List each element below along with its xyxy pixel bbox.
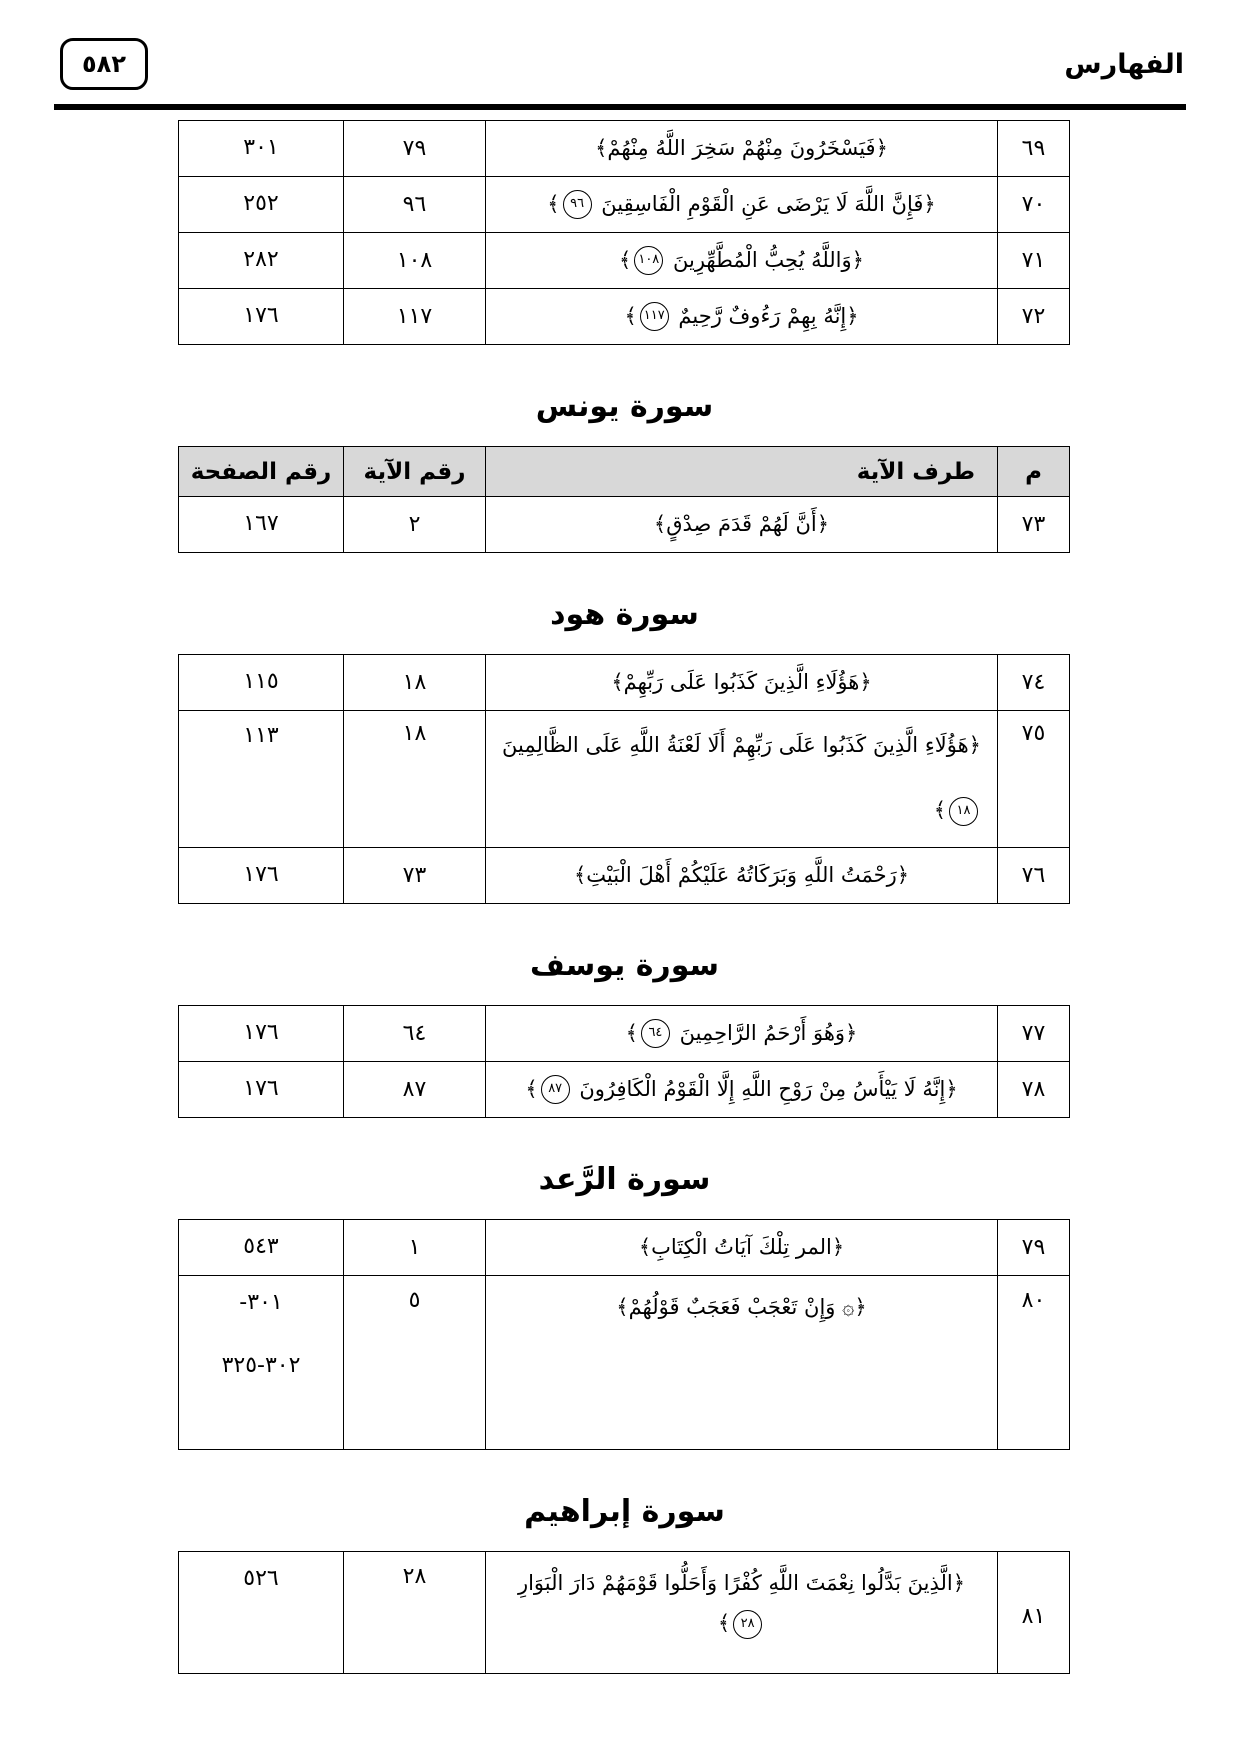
verse-number-cell: ١٨ bbox=[344, 711, 486, 848]
serial-cell: ٧١ bbox=[998, 233, 1070, 289]
verse-text: ﴾ bbox=[934, 798, 946, 822]
serial-cell: ٦٩ bbox=[998, 121, 1070, 177]
page-number-cell: ١٧٦ bbox=[179, 289, 344, 345]
page-line: ١١٥ bbox=[185, 667, 337, 698]
verse-text: ﴿المر تِلْكَ آيَاتُ الْكِتَابِ﴾ bbox=[639, 1235, 844, 1259]
page-title: الفهارس bbox=[1064, 49, 1184, 80]
ayah-number-mark: ٨٧ bbox=[541, 1075, 570, 1104]
page-line: ٢٥٢ bbox=[185, 189, 337, 220]
page-number-cell: ١٧٦ bbox=[179, 1006, 344, 1062]
page-number-cell: ١٦٧ bbox=[179, 497, 344, 553]
serial-cell: ٧٩ bbox=[998, 1220, 1070, 1276]
serial-cell: ٧٤ bbox=[998, 655, 1070, 711]
table-row: ٧٤﴿هَؤُلَاءِ الَّذِينَ كَذَبُوا عَلَى رَ… bbox=[179, 655, 1070, 711]
page: الفهارس ٥٨٢ ٦٩﴿فَيَسْخَرُونَ مِنْهُمْ سَ… bbox=[0, 0, 1240, 1674]
table-row: ٧٨﴿إِنَّهُ لَا يَيْأَسُ مِنْ رَوْحِ اللَ… bbox=[179, 1062, 1070, 1118]
column-header-verse-number: رقم الآية bbox=[344, 447, 486, 497]
verse-number-cell: ٩٦ bbox=[344, 177, 486, 233]
page-number: ٥٨٢ bbox=[82, 50, 126, 78]
ayah-number-mark: ١١٧ bbox=[640, 302, 669, 331]
column-header-verse: طرف الآية bbox=[486, 447, 998, 497]
page-line: ٥٢٦ bbox=[185, 1564, 337, 1595]
table-row: ٧٦﴿رَحْمَتُ اللَّهِ وَبَرَكَاتُهُ عَلَيْ… bbox=[179, 848, 1070, 904]
page-number-cell: ١١٥ bbox=[179, 655, 344, 711]
verse-text: ﴿هَؤُلَاءِ الَّذِينَ كَذَبُوا عَلَى رَبِ… bbox=[502, 733, 981, 757]
verse-cell: ﴿هَؤُلَاءِ الَّذِينَ كَذَبُوا عَلَى رَبِ… bbox=[486, 655, 998, 711]
verse-number-cell: ١٨ bbox=[344, 655, 486, 711]
verse-text: ﴿إِنَّهُ بِهِمْ رَءُوفٌ رَّحِيمٌ bbox=[672, 304, 859, 328]
verse-number-cell: ٢٨ bbox=[344, 1552, 486, 1674]
verse-cell: ﴿فَيَسْخَرُونَ مِنْهُمْ سَخِرَ اللَّهُ م… bbox=[486, 121, 998, 177]
verse-text: ﴿أَنَّ لَهُمْ قَدَمَ صِدْقٍ﴾ bbox=[654, 512, 829, 536]
page-line: ١٧٦ bbox=[185, 860, 337, 891]
page-line: ١٧٦ bbox=[185, 1018, 337, 1049]
verse-text: ﴿الَّذِينَ بَدَّلُوا نِعْمَتَ اللَّهِ كُ… bbox=[518, 1571, 965, 1595]
page-header: الفهارس ٥٨٢ bbox=[54, 34, 1186, 90]
page-number-cell: ٥٢٦ bbox=[179, 1552, 344, 1674]
page-number-cell: ٣٠١-٣٠٢-٣٢٥ bbox=[179, 1276, 344, 1450]
serial-cell: ٧٥ bbox=[998, 711, 1070, 848]
verse-text: ﴾ bbox=[547, 192, 559, 216]
verse-number-cell: ١٠٨ bbox=[344, 233, 486, 289]
verse-cell: ﴿فَإِنَّ اللَّهَ لَا يَرْضَى عَنِ الْقَو… bbox=[486, 177, 998, 233]
index-table: ٨١﴿الَّذِينَ بَدَّلُوا نِعْمَتَ اللَّهِ … bbox=[178, 1551, 1070, 1674]
verse-cell: ﴿هَؤُلَاءِ الَّذِينَ كَذَبُوا عَلَى رَبِ… bbox=[486, 711, 998, 848]
section-title: سورة الرَّعد bbox=[179, 1162, 1070, 1197]
ayah-number-mark: ٩٦ bbox=[563, 190, 592, 219]
page-number-cell: ١٧٦ bbox=[179, 848, 344, 904]
page-number-box: ٥٨٢ bbox=[60, 38, 148, 90]
ayah-number-mark: ٢٨ bbox=[733, 1610, 762, 1639]
verse-number-cell: ٧٩ bbox=[344, 121, 486, 177]
verse-text: ﴿وَهُوَ أَرْحَمُ الرَّاحِمِينَ bbox=[673, 1021, 857, 1045]
serial-cell: ٧٨ bbox=[998, 1062, 1070, 1118]
verse-cell: ﴿إِنَّهُ لَا يَيْأَسُ مِنْ رَوْحِ اللَّه… bbox=[486, 1062, 998, 1118]
page-number-cell: ٢٥٢ bbox=[179, 177, 344, 233]
page-line: ٢٨٢ bbox=[185, 245, 337, 276]
verse-text: ﴿وَاللَّهُ يُحِبُّ الْمُطَّهِّرِينَ bbox=[666, 248, 864, 272]
table-header-row: مطرف الآيةرقم الآيةرقم الصفحة bbox=[179, 447, 1070, 497]
verse-cell: ﴿وَهُوَ أَرْحَمُ الرَّاحِمِينَ ٦٤﴾ bbox=[486, 1006, 998, 1062]
table-row: ٧١﴿وَاللَّهُ يُحِبُّ الْمُطَّهِّرِينَ ١٠… bbox=[179, 233, 1070, 289]
verse-cell: ﴿الَّذِينَ بَدَّلُوا نِعْمَتَ اللَّهِ كُ… bbox=[486, 1552, 998, 1674]
section-title: سورة يونس bbox=[179, 389, 1070, 424]
serial-cell: ٧٣ bbox=[998, 497, 1070, 553]
section-title: سورة هود bbox=[179, 597, 1070, 632]
verse-number-cell: ٦٤ bbox=[344, 1006, 486, 1062]
ayah-number-mark: ٦٤ bbox=[641, 1019, 670, 1048]
verse-cell: ﴿المر تِلْكَ آيَاتُ الْكِتَابِ﴾ bbox=[486, 1220, 998, 1276]
table-row: ٧٠﴿فَإِنَّ اللَّهَ لَا يَرْضَى عَنِ الْق… bbox=[179, 177, 1070, 233]
page-line: ١٧٦ bbox=[185, 301, 337, 332]
table-row: ٨١﴿الَّذِينَ بَدَّلُوا نِعْمَتَ اللَّهِ … bbox=[179, 1552, 1070, 1674]
serial-cell: ٧٢ bbox=[998, 289, 1070, 345]
page-line: ٣٠١ bbox=[185, 133, 337, 164]
table-row: ٦٩﴿فَيَسْخَرُونَ مِنْهُمْ سَخِرَ اللَّهُ… bbox=[179, 121, 1070, 177]
verse-number-cell: ٥ bbox=[344, 1276, 486, 1450]
verse-text: ﴿إِنَّهُ لَا يَيْأَسُ مِنْ رَوْحِ اللَّه… bbox=[573, 1077, 958, 1101]
page-number-cell: ١١٣ bbox=[179, 711, 344, 848]
verse-number-cell: ١ bbox=[344, 1220, 486, 1276]
verse-number-cell: ٧٣ bbox=[344, 848, 486, 904]
index-sections: ٦٩﴿فَيَسْخَرُونَ مِنْهُمْ سَخِرَ اللَّهُ… bbox=[179, 120, 1070, 1674]
column-header-page-number: رقم الصفحة bbox=[179, 447, 344, 497]
page-number-cell: ٥٤٣ bbox=[179, 1220, 344, 1276]
verse-cell: ﴿رَحْمَتُ اللَّهِ وَبَرَكَاتُهُ عَلَيْكُ… bbox=[486, 848, 998, 904]
verse-text: ﴿۞ وَإِنْ تَعْجَبْ فَعَجَبٌ قَوْلُهُمْ﴾ bbox=[616, 1295, 866, 1319]
page-line: ١١٣ bbox=[185, 721, 337, 752]
page-line: ٥٤٣ bbox=[185, 1232, 337, 1263]
table-row: ٧٩﴿المر تِلْكَ آيَاتُ الْكِتَابِ﴾١٥٤٣ bbox=[179, 1220, 1070, 1276]
page-line: ١٧٦ bbox=[185, 1074, 337, 1105]
table-row: ٨٠﴿۞ وَإِنْ تَعْجَبْ فَعَجَبٌ قَوْلُهُمْ… bbox=[179, 1276, 1070, 1450]
serial-cell: ٧٦ bbox=[998, 848, 1070, 904]
section-title: سورة إبراهيم bbox=[179, 1494, 1070, 1529]
index-table: ٧٩﴿المر تِلْكَ آيَاتُ الْكِتَابِ﴾١٥٤٣٨٠﴿… bbox=[178, 1219, 1070, 1450]
table-row: ٧٥﴿هَؤُلَاءِ الَّذِينَ كَذَبُوا عَلَى رَ… bbox=[179, 711, 1070, 848]
serial-cell: ٧٠ bbox=[998, 177, 1070, 233]
page-number-cell: ٣٠١ bbox=[179, 121, 344, 177]
verse-text: ﴿رَحْمَتُ اللَّهِ وَبَرَكَاتُهُ عَلَيْكُ… bbox=[574, 863, 909, 887]
verse-text: ﴾ bbox=[624, 304, 636, 328]
verse-cell: ﴿إِنَّهُ بِهِمْ رَءُوفٌ رَّحِيمٌ ١١٧﴾ bbox=[486, 289, 998, 345]
column-header-serial: م bbox=[998, 447, 1070, 497]
verse-text: ﴾ bbox=[626, 1021, 638, 1045]
header-divider bbox=[54, 104, 1186, 110]
index-table: ٦٩﴿فَيَسْخَرُونَ مِنْهُمْ سَخِرَ اللَّهُ… bbox=[178, 120, 1070, 345]
page-number-cell: ٢٨٢ bbox=[179, 233, 344, 289]
verse-text: ﴿هَؤُلَاءِ الَّذِينَ كَذَبُوا عَلَى رَبِ… bbox=[611, 670, 871, 694]
index-table: مطرف الآيةرقم الآيةرقم الصفحة٧٣﴿أَنَّ لَ… bbox=[178, 446, 1070, 553]
table-row: ٧٣﴿أَنَّ لَهُمْ قَدَمَ صِدْقٍ﴾٢١٦٧ bbox=[179, 497, 1070, 553]
serial-cell: ٨١ bbox=[998, 1552, 1070, 1674]
verse-text: ﴾ bbox=[619, 248, 631, 272]
serial-cell: ٨٠ bbox=[998, 1276, 1070, 1450]
index-table: ٧٤﴿هَؤُلَاءِ الَّذِينَ كَذَبُوا عَلَى رَ… bbox=[178, 654, 1070, 904]
table-row: ٧٢﴿إِنَّهُ بِهِمْ رَءُوفٌ رَّحِيمٌ ١١٧﴾١… bbox=[179, 289, 1070, 345]
verse-text: ﴿فَيَسْخَرُونَ مِنْهُمْ سَخِرَ اللَّهُ م… bbox=[595, 136, 888, 160]
verse-cell: ﴿وَاللَّهُ يُحِبُّ الْمُطَّهِّرِينَ ١٠٨﴾ bbox=[486, 233, 998, 289]
section-title: سورة يوسف bbox=[179, 948, 1070, 983]
ayah-number-mark: ١٨ bbox=[949, 797, 978, 826]
page-line: ٣٠٢-٣٢٥ bbox=[185, 1351, 337, 1382]
verse-number-cell: ١١٧ bbox=[344, 289, 486, 345]
verse-number-cell: ٢ bbox=[344, 497, 486, 553]
table-row: ٧٧﴿وَهُوَ أَرْحَمُ الرَّاحِمِينَ ٦٤﴾٦٤١٧… bbox=[179, 1006, 1070, 1062]
serial-cell: ٧٧ bbox=[998, 1006, 1070, 1062]
page-line: ٣٠١- bbox=[185, 1288, 337, 1319]
verse-cell: ﴿أَنَّ لَهُمْ قَدَمَ صِدْقٍ﴾ bbox=[486, 497, 998, 553]
page-number-cell: ١٧٦ bbox=[179, 1062, 344, 1118]
verse-text: ﴾ bbox=[525, 1077, 537, 1101]
verse-number-cell: ٨٧ bbox=[344, 1062, 486, 1118]
index-table: ٧٧﴿وَهُوَ أَرْحَمُ الرَّاحِمِينَ ٦٤﴾٦٤١٧… bbox=[178, 1005, 1070, 1118]
verse-text: ﴿فَإِنَّ اللَّهَ لَا يَرْضَى عَنِ الْقَو… bbox=[595, 192, 936, 216]
verse-text: ﴾ bbox=[718, 1611, 730, 1635]
verse-cell: ﴿۞ وَإِنْ تَعْجَبْ فَعَجَبٌ قَوْلُهُمْ﴾ bbox=[486, 1276, 998, 1450]
ayah-number-mark: ١٠٨ bbox=[634, 246, 663, 275]
page-line: ١٦٧ bbox=[185, 509, 337, 540]
